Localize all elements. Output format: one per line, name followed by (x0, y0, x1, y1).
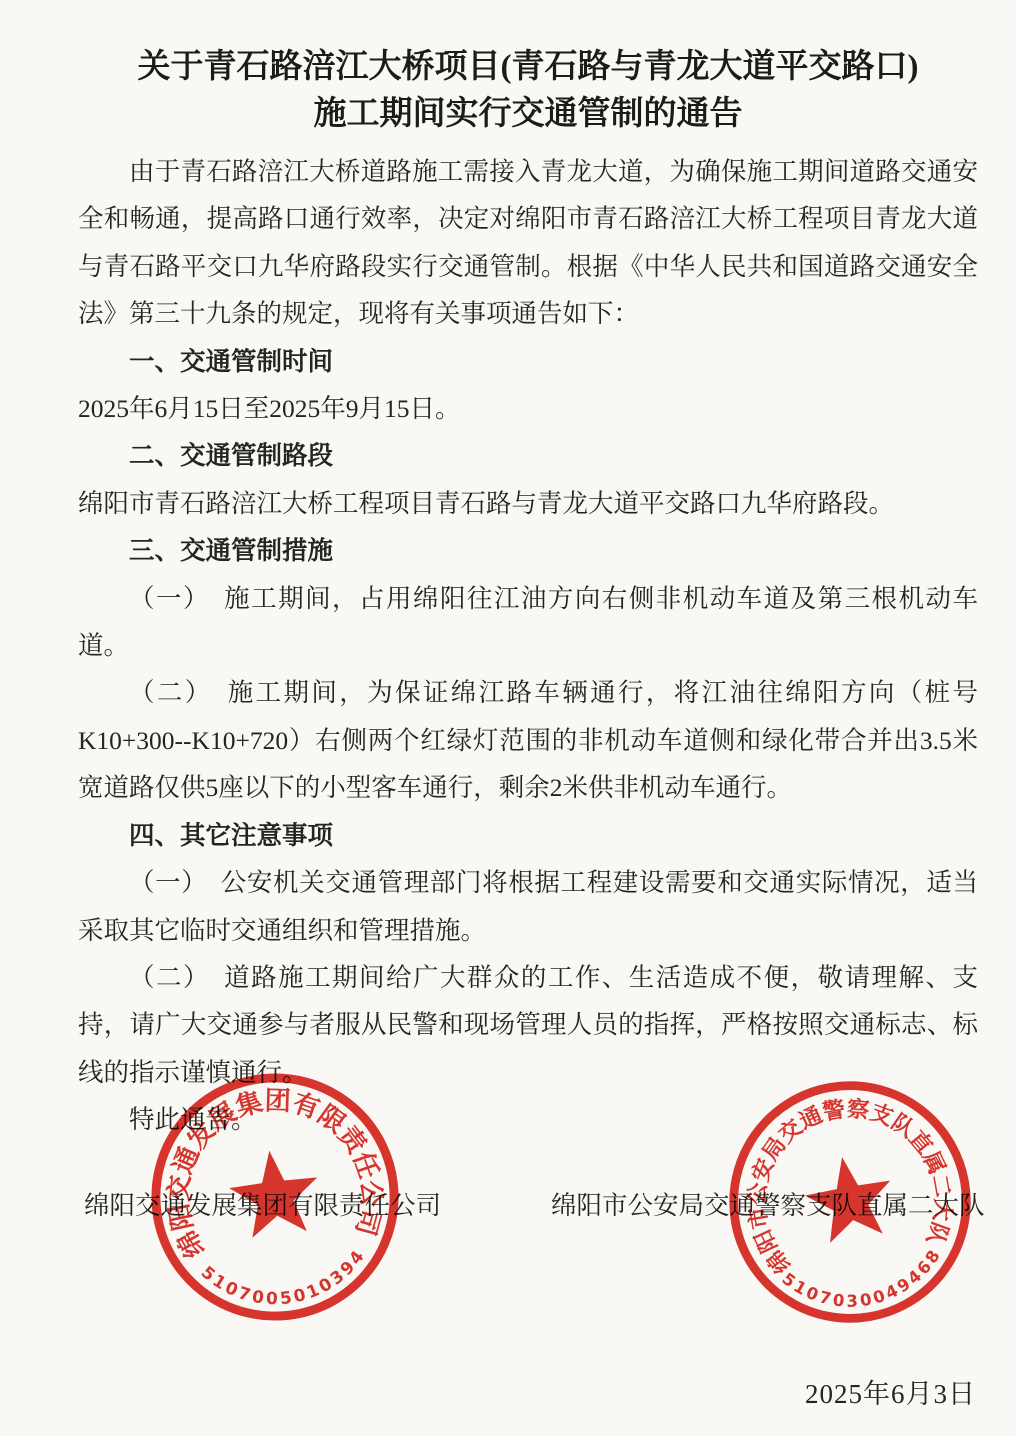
company-seal-stamp: 绵阳交通发展集团有限责任公司 5107005010394 (131, 1053, 419, 1341)
section-1-body: 2025年6月15日至2025年9月15日。 (78, 385, 978, 432)
section-4-item-1: （一） 公安机关交通管理部门将根据工程建设需要和交通实际情况，适当采取其它临时交… (78, 859, 978, 954)
police-seal-stamp: 绵阳市公安局交通警察支队直属二大队 5107030049468 (704, 1056, 996, 1348)
document-title-line-1: 关于青石路涪江大桥项目(青石路与青龙大道平交路口) (78, 44, 978, 91)
section-4-heading: 四、其它注意事项 (78, 812, 978, 859)
notice-document: 关于青石路涪江大桥项目(青石路与青龙大道平交路口) 施工期间实行交通管制的通告 … (0, 0, 1016, 1436)
document-title: 关于青石路涪江大桥项目(青石路与青龙大道平交路口) 施工期间实行交通管制的通告 (78, 44, 978, 138)
section-3-item-2: （二） 施工期间，为保证绵江路车辆通行，将江油往绵阳方向（桩号K10+300--… (78, 669, 978, 811)
document-title-line-2: 施工期间实行交通管制的通告 (78, 91, 978, 138)
issue-date: 2025年6月3日 (805, 1372, 976, 1411)
star-icon (225, 1145, 323, 1240)
star-icon (799, 1150, 899, 1246)
section-2-heading: 二、交通管制路段 (78, 432, 978, 479)
section-3-item-1: （一） 施工期间，占用绵阳往江油方向右侧非机动车道及第三根机动车道。 (78, 575, 978, 670)
section-3-heading: 三、交通管制措施 (78, 527, 978, 574)
section-1-heading: 一、交通管制时间 (78, 338, 978, 385)
intro-paragraph: 由于青石路涪江大桥道路施工需接入青龙大道，为确保施工期间道路交通安全和畅通，提高… (78, 148, 978, 338)
section-2-body: 绵阳市青石路涪江大桥工程项目青石路与青龙大道平交路口九华府路段。 (78, 480, 978, 527)
